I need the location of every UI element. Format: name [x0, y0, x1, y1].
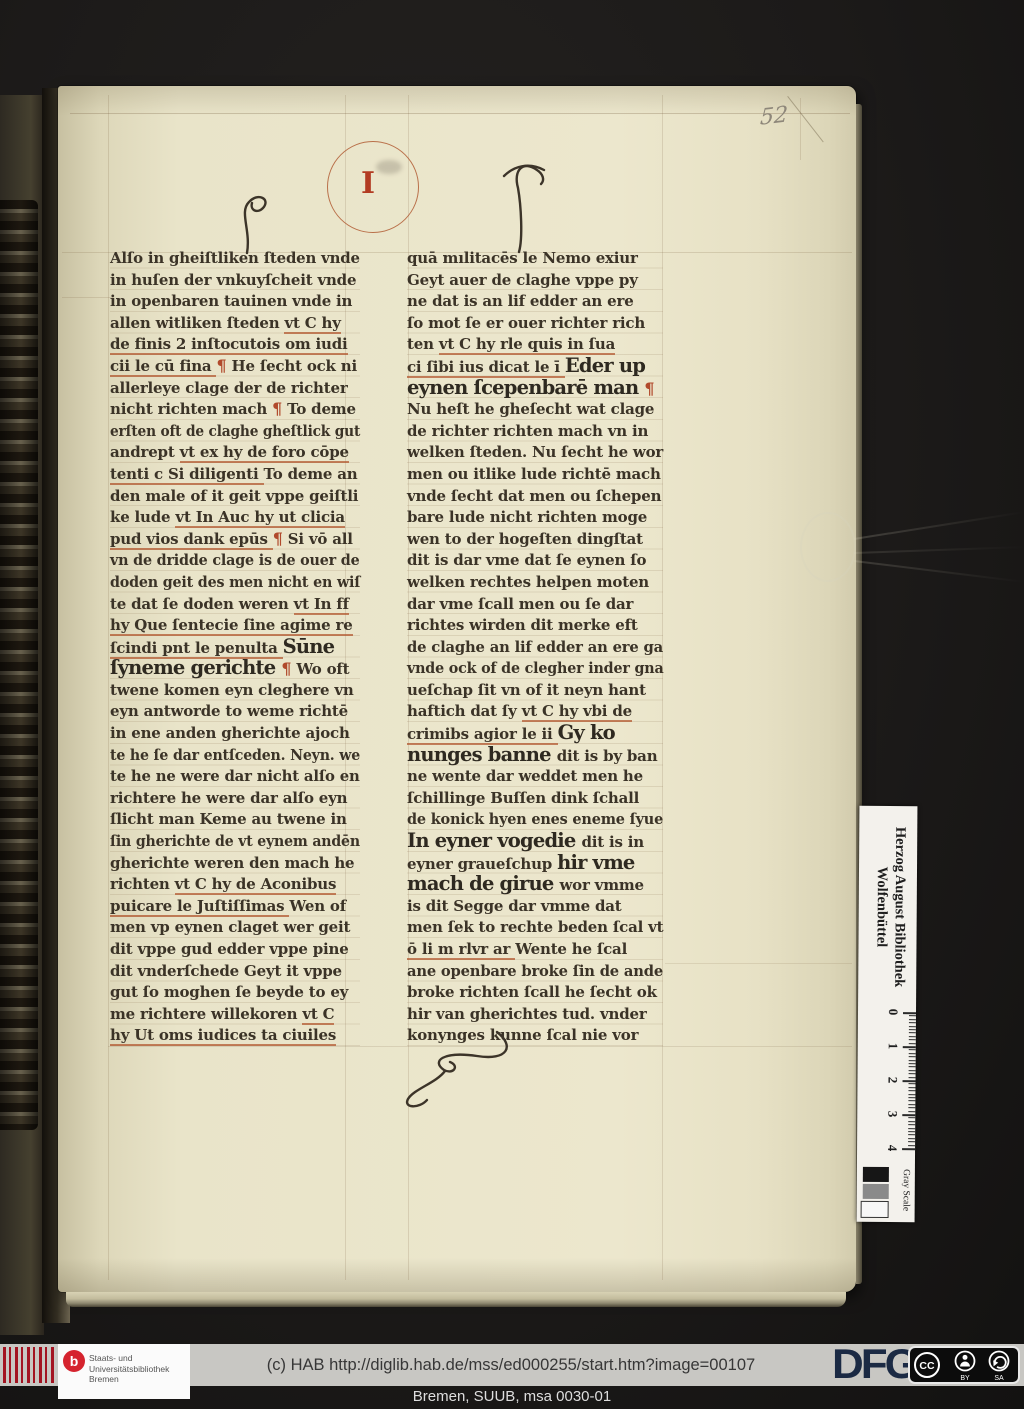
- ruler-tick: [909, 1056, 916, 1057]
- manuscript-line: in openbaren tauinen vnde in: [110, 290, 360, 312]
- ink-smudge: [376, 160, 402, 174]
- manuscript-line: pud vios dank epūs ¶ Si vō all: [110, 528, 360, 550]
- manuscript-line: eynen ſcepenbarē man ¶: [407, 377, 663, 399]
- manuscript-line: in huſen der vnkuyſcheit vnde: [110, 269, 360, 291]
- ruler-tick: [909, 1026, 916, 1027]
- by-person-icon: [956, 1352, 975, 1371]
- manuscript-line: ſlicht man Keme au twene in: [110, 808, 360, 830]
- grayscale-swatches: [861, 1167, 889, 1218]
- ruler-tick: [909, 1060, 916, 1061]
- manuscript-line: tenti c Si diligenti To deme an: [110, 463, 360, 485]
- manuscript-line: in ene anden gherichte ajoch: [110, 722, 360, 744]
- manuscript-line: ſcindi pnt le penulta Sūne: [110, 636, 360, 658]
- manuscript-line: twene komen eyn cleghere vn: [110, 679, 360, 701]
- ruler-scale: 01234: [857, 1008, 916, 1158]
- ruler-tick: [902, 1114, 915, 1116]
- manuscript-line: ne dat is an lif edder an ere: [407, 290, 663, 312]
- ruling-line-stub: [62, 297, 114, 298]
- manuscript-line: richtes wirden dit merke eft: [407, 614, 663, 636]
- quire-mark-numeral: I: [361, 166, 375, 201]
- manuscript-line: welken ſteden. Nu ſecht he wor: [407, 441, 662, 463]
- sa-label: SA: [994, 1375, 1004, 1382]
- ruler-tick: [909, 1053, 916, 1054]
- manuscript-line: ō li m rlvr ar Wente he ſcal: [407, 938, 663, 960]
- manuscript-line: hir van gherichtes tud. vnder: [407, 1003, 663, 1025]
- manuscript-line: te dat ſe doden weren vt In ff: [110, 593, 360, 615]
- suub-circle-initial: b: [63, 1350, 85, 1372]
- cc-symbol: CC: [919, 1360, 935, 1372]
- manuscript-line: crimibs agior le ii Gy ko: [407, 722, 663, 744]
- ruler-tick: [908, 1104, 915, 1105]
- manuscript-line: ne wente dar weddet men he: [407, 765, 663, 787]
- ruler-tick: [909, 1019, 916, 1020]
- manuscript-line: de richter richten mach vn in: [407, 420, 663, 442]
- manuscript-line: hy Ut oms iudices ta ciuiles: [110, 1024, 360, 1046]
- manuscript-line: de finis 2 inſtocutois om iudi: [110, 333, 360, 355]
- manuscript-line: allerleye clage der de richter: [110, 377, 360, 399]
- manuscript-line: gut ſo moghen ſe beyde to ey: [110, 981, 360, 1003]
- manuscript-line: de konick hyen enes eneme ſyue: [407, 808, 653, 830]
- manuscript-line: welken rechtes helpen moten: [407, 571, 663, 593]
- ruler-tick: [908, 1111, 915, 1112]
- ruler-tick: [908, 1135, 915, 1136]
- clamp-reflection-3: [854, 560, 1024, 583]
- cc-license-badge: CC BY SA: [908, 1346, 1020, 1384]
- grayscale-swatch: [863, 1184, 889, 1199]
- ruler-tick: [908, 1121, 915, 1122]
- manuscript-line: vn de dridde clage is de ouer de: [110, 549, 349, 571]
- suub-line1: Staats- und: [89, 1353, 169, 1364]
- ruler-tick: [908, 1118, 915, 1119]
- ruler-tick: [909, 1063, 916, 1064]
- manuscript-line: broke richten ſcall he ſecht ok: [407, 981, 663, 1003]
- ruler-tick: [908, 1097, 915, 1098]
- manuscript-line: men ou itlike lude richtē mach: [407, 463, 663, 485]
- suub-line2: Universitätsbibliothek: [89, 1364, 169, 1375]
- manuscript-line: dit vppe gud edder vppe pine: [110, 938, 360, 960]
- ruler-tick: [908, 1128, 915, 1129]
- manuscript-line: ane openbare broke ſin de ande: [407, 960, 658, 982]
- manuscript-line: eyner graueſchup hir vme: [407, 852, 663, 874]
- dfg-logo: DFG: [832, 1345, 916, 1384]
- ruler-library-line2: Wolfenbüttel: [872, 808, 891, 1006]
- shelfmark-caption: Bremen, SUUB, msa 0030-01: [0, 1388, 1024, 1405]
- ruler-library-line1: Herzog August Bibliothek: [890, 808, 909, 1006]
- ruler-tick: [909, 1043, 916, 1044]
- ruler-tick: [903, 1046, 916, 1048]
- manuscript-line: ſin gherichte de vt eynem andēn: [110, 830, 345, 852]
- manuscript-line: richtere he were dar alſo eyn: [110, 787, 360, 809]
- manuscript-line: is dit Segge dar vmme dat: [407, 895, 663, 917]
- quire-mark-circle: I: [327, 141, 419, 233]
- suub-library-name: Staats- und Universitätsbibliothek Breme…: [89, 1353, 169, 1385]
- manuscript-line: de claghe an lif edder an ere ga: [407, 636, 659, 658]
- ruler-tick: [908, 1138, 915, 1139]
- ruler-tick: [909, 1039, 916, 1040]
- manuscript-line: vnde ſecht dat men ou ſchepen: [407, 485, 663, 507]
- manuscript-line: men vp eynen claget wer geit: [110, 916, 360, 938]
- manuscript-line: doden geit des men nicht en wiſ: [110, 571, 348, 593]
- manuscript-line: Nu heſt he gheſecht wat clage: [407, 398, 663, 420]
- manuscript-line: ten vt C hy rle quis in ſua: [407, 333, 663, 355]
- ruler-tick: [902, 1148, 915, 1150]
- manuscript-line: nunges banne dit is by ban: [407, 744, 663, 766]
- calibration-ruler: Herzog August Bibliothek Wolfenbüttel 01…: [857, 806, 918, 1222]
- clamp-reflection-1: [854, 511, 1024, 540]
- manuscript-line: nicht richten mach ¶ To deme: [110, 398, 360, 420]
- ruler-tick: [909, 1084, 916, 1085]
- manuscript-line: Geyt auer de claghe vppe py: [407, 269, 663, 291]
- ruler-tick: [908, 1124, 915, 1125]
- ruler-tick: [908, 1107, 915, 1108]
- ruler-tick: [909, 1077, 916, 1078]
- manuscript-line: gherichte weren den mach he: [110, 852, 360, 874]
- manuscript-line: andrept vt ex hy de foro cōpe: [110, 441, 360, 463]
- ruler-tick: [908, 1090, 915, 1091]
- manuscript-line: Alſo in gheiſtliken ſteden vnde: [110, 247, 359, 269]
- ruler-tick: [909, 1070, 916, 1071]
- manuscript-line: te he ſe dar entſceden. Neyn. we: [110, 744, 346, 766]
- manuscript-line: ſo mot ſe er ouer richter rich: [407, 312, 663, 334]
- manuscript-line: te he ne were dar nicht alſo en: [110, 765, 358, 787]
- manuscript-line: ſyneme gerichte ¶ Wo oft: [110, 657, 360, 679]
- manuscript-line: In eyner vogedie dit is in: [407, 830, 663, 852]
- ruler-tick: [908, 1087, 915, 1088]
- manuscript-line: quā mılitacēs le Nemo exiur: [407, 247, 663, 269]
- manuscript-line: wen to der hogeſten dingſtat: [407, 528, 663, 550]
- ruler-number: 3: [884, 1109, 900, 1119]
- manuscript-line: cii le cū fina ¶ He ſecht ock ni: [110, 355, 360, 377]
- copyright-url-text: (c) HAB http://diglib.hab.de/mss/ed00025…: [190, 1344, 832, 1386]
- page-clamp-loop: [800, 512, 856, 582]
- manuscript-line: allen witliken ſteden vt C hy: [110, 312, 360, 334]
- clamp-reflection-2: [854, 546, 1024, 554]
- ruler-tick: [909, 1036, 916, 1037]
- manuscript-line: ueſchap ſit vn of it neyn hant: [407, 679, 663, 701]
- grayscale-label: Gray Scale: [901, 1160, 911, 1220]
- page-stack-edge-bottom: [66, 1292, 846, 1307]
- ruler-tick: [903, 1080, 916, 1082]
- manuscript-line: puicare le Juſtiſſimas Wen of: [110, 895, 360, 917]
- manuscript-line: mach de girue wor vmme: [407, 873, 663, 895]
- manuscript-line: richten vt C hy de Aconibus: [110, 873, 360, 895]
- barcode-logo: [3, 1347, 57, 1383]
- ruler-tick: [908, 1094, 915, 1095]
- ruler-tick: [909, 1029, 916, 1030]
- manuscript-line: vnde ock of de clegher inder gna: [407, 657, 651, 679]
- right-column: quā mılitacēs le Nemo exiurGeyt auer de …: [407, 247, 663, 1046]
- manuscript-line: dit is dar vme dat ſe eynen ſo: [407, 549, 663, 571]
- ruling-corner-stub: [800, 98, 801, 160]
- manuscript-line: hy Que ſentecie ſine agime re: [110, 614, 360, 636]
- suub-line3: Bremen: [89, 1374, 169, 1385]
- manuscript-line: dar vme ſcall men ou ſe dar: [407, 593, 663, 615]
- ruler-tick: [909, 1073, 916, 1074]
- manuscript-line: eyn antworde to weme richtē: [110, 700, 360, 722]
- manuscript-line: haftich dat ſy vt C hy vbi de: [407, 700, 663, 722]
- ruling-line-margin-1: [665, 963, 852, 964]
- manuscript-line: me richtere willekoren vt C: [110, 1003, 360, 1025]
- ruler-number: 2: [885, 1075, 901, 1085]
- manuscript-line: konynges kunne ſcal nie vor: [407, 1024, 663, 1046]
- ruler-tick: [908, 1141, 915, 1142]
- folio-number-pencil: 52: [759, 102, 788, 131]
- facing-page-text-sliver: [0, 200, 38, 1130]
- ruling-col1-left: [108, 95, 109, 1280]
- grayscale-patch: Gray Scale: [857, 1160, 915, 1220]
- ruler-tick: [909, 1067, 916, 1068]
- manuscript-line: den male of it geit vppe geiſtli: [110, 485, 360, 507]
- ruler-tick: [908, 1131, 915, 1132]
- ruler-tick: [909, 1022, 916, 1023]
- manuscript-line: ke lude vt In Auc hy ut clicia: [110, 506, 360, 528]
- manuscript-line: ſchillinge Buſſen dink ſchall: [407, 787, 663, 809]
- ruler-number: 0: [885, 1007, 901, 1017]
- manuscript-line: men ſek to rechte beden ſcal vt: [407, 916, 663, 938]
- by-label: BY: [960, 1375, 970, 1382]
- grayscale-swatch: [861, 1201, 889, 1218]
- ruler-tick: [908, 1101, 915, 1102]
- ruler-tick: [909, 1050, 916, 1051]
- facing-page-edge: [0, 95, 44, 1335]
- ruler-number: 1: [885, 1041, 901, 1051]
- ruler-tick: [903, 1012, 916, 1014]
- manuscript-line: dit vnderſchede Geyt it vppe: [110, 960, 360, 982]
- ruler-tick: [909, 1016, 916, 1017]
- digitized-manuscript-photo: I 52 Alſo in gheiſtliken ſteden vndein h…: [0, 0, 1024, 1409]
- ruler-number: 4: [884, 1143, 900, 1153]
- grayscale-swatch: [863, 1167, 889, 1182]
- left-column: Alſo in gheiſtliken ſteden vndein huſen …: [110, 247, 360, 1046]
- ruler-library-name: Herzog August Bibliothek Wolfenbüttel: [872, 808, 909, 1006]
- ruler-tick: [909, 1033, 916, 1034]
- cc-license-icons: CC BY SA: [910, 1348, 1018, 1382]
- manuscript-line: ci ſibi ius dicat le ī Eder up: [407, 355, 663, 377]
- manuscript-line: bare lude nicht richten moge: [407, 506, 663, 528]
- manuscript-line: erſten oft de claghe gheſtlick gut: [110, 420, 339, 442]
- ruler-tick: [908, 1145, 915, 1146]
- ruling-line-top: [70, 113, 850, 114]
